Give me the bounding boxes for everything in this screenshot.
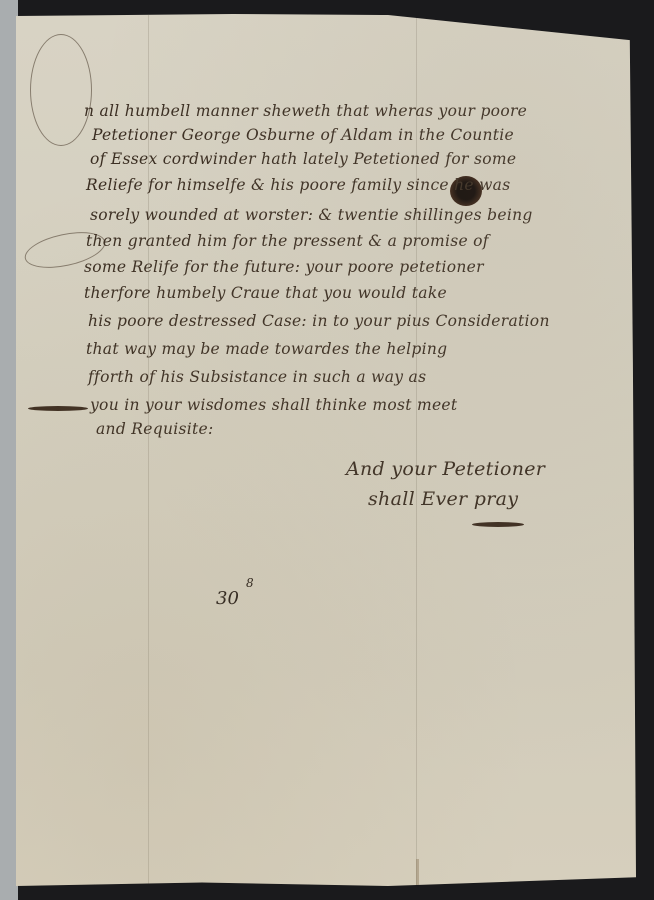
text-line: of Essex cordwinder hath lately Petetion… bbox=[90, 150, 516, 168]
manuscript-page: n all humbell manner sheweth that wheras… bbox=[16, 14, 636, 886]
text-line: some Relife for the future: your poore p… bbox=[84, 258, 484, 276]
text-line: then granted him for the pressent & a pr… bbox=[86, 232, 489, 250]
initial-flourish bbox=[30, 34, 92, 146]
paper-fold-line bbox=[416, 14, 417, 886]
text-line: that way may be made towardes the helpin… bbox=[86, 340, 447, 358]
scan-background-strip bbox=[0, 0, 18, 900]
text-line: n all humbell manner sheweth that wheras… bbox=[84, 102, 527, 120]
text-line: therfore humbely Craue that you would ta… bbox=[84, 284, 447, 302]
text-line: Reliefe for himselfe & his poore family … bbox=[86, 176, 510, 194]
closing-line: shall Ever pray bbox=[368, 488, 518, 510]
text-line: you in your wisdomes shall thinke most m… bbox=[90, 396, 457, 414]
folio-number: 30 bbox=[216, 588, 239, 609]
ink-stroke bbox=[472, 522, 524, 527]
ink-blot bbox=[450, 176, 482, 206]
text-line: Petetioner George Osburne of Aldam in th… bbox=[92, 126, 514, 144]
paper-fold-line bbox=[148, 14, 149, 886]
closing-line: And your Petetioner bbox=[346, 458, 545, 480]
text-line: sorely wounded at worster: & twentie shi… bbox=[90, 206, 533, 224]
text-line: and Requisite: bbox=[96, 420, 214, 438]
text-line: fforth of his Subsistance in such a way … bbox=[88, 368, 426, 386]
folio-superscript: 8 bbox=[246, 576, 254, 590]
ink-stroke bbox=[28, 406, 88, 411]
margin-flourish bbox=[22, 226, 109, 274]
text-line: his poore destressed Case: in to your pi… bbox=[88, 312, 550, 330]
paper-stain bbox=[416, 859, 419, 899]
